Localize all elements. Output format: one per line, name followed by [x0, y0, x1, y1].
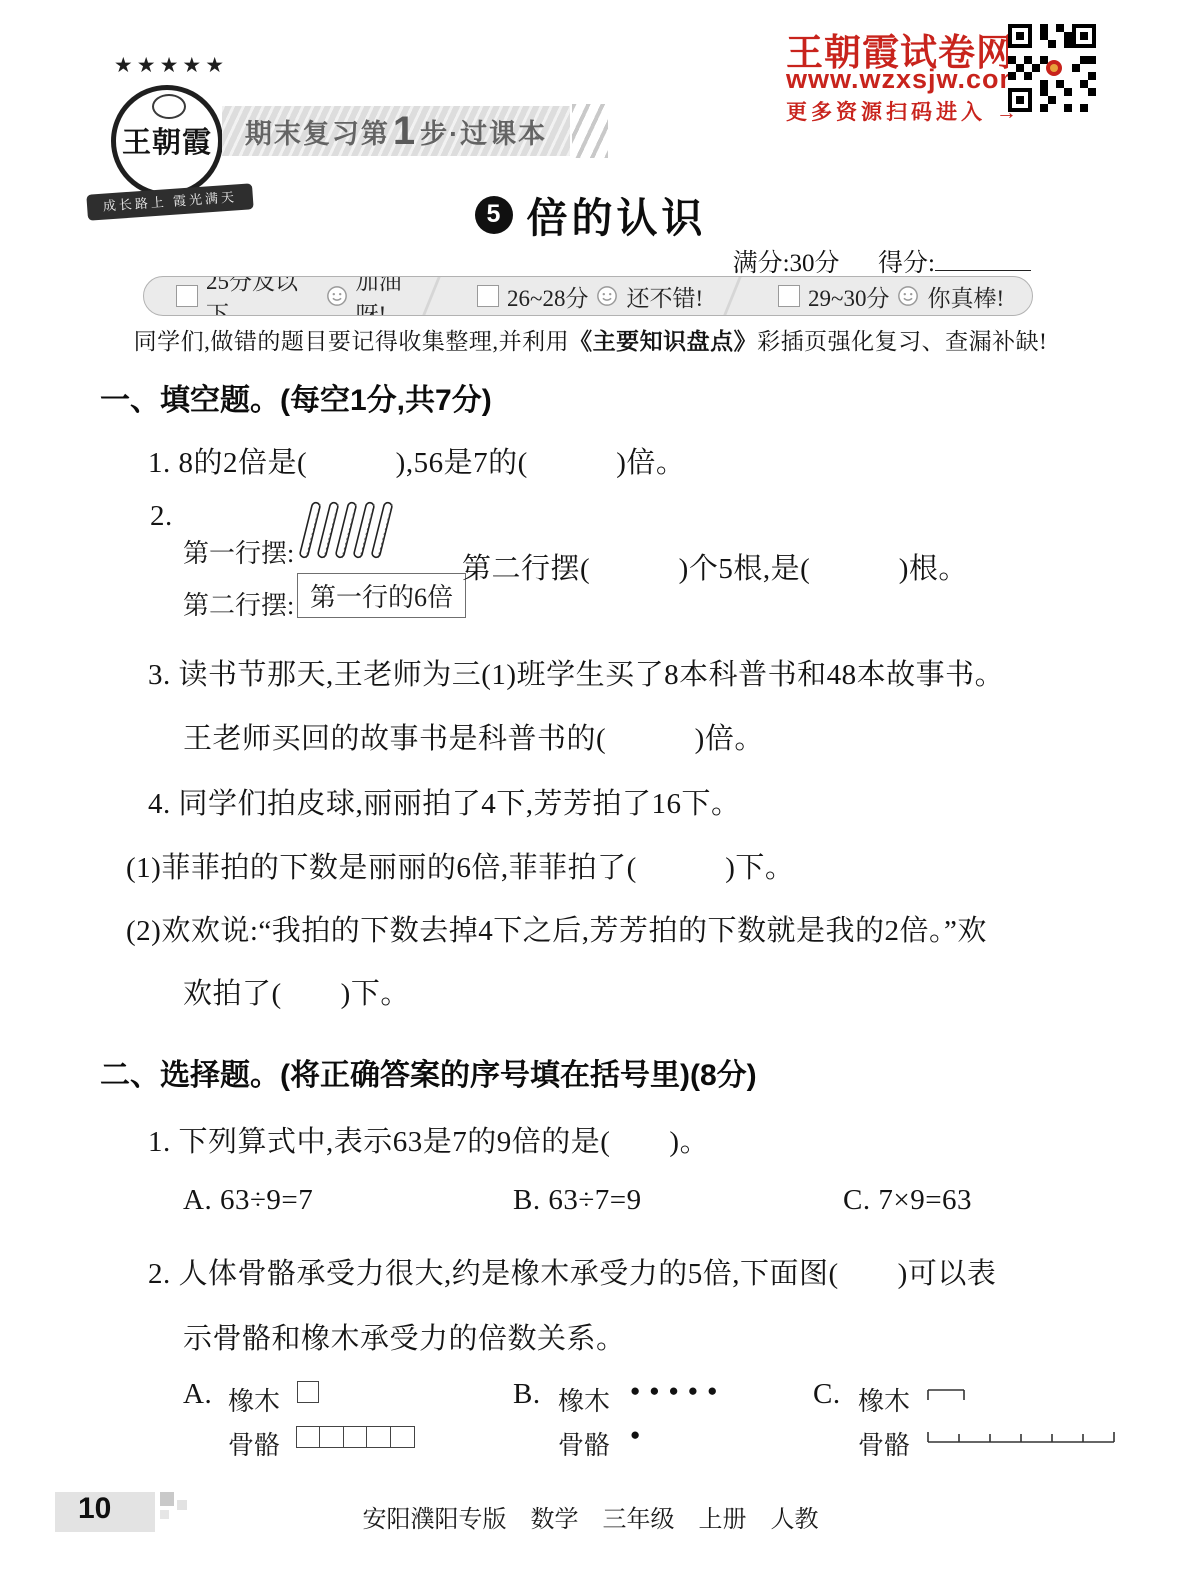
smiley-icon [897, 285, 919, 307]
exam-page: ★★★★★ 王朝霞 成长路上 霞光满天 期末复习第1步·过课本 王朝霞试卷网 w… [0, 0, 1181, 1582]
s1-question4-sub1: (1)菲菲拍的下数是丽丽的6倍,菲菲拍了( )下。 [126, 845, 794, 886]
s1-q2-row1-label: 第一行摆: [183, 533, 294, 570]
option-b-bone-label: 骨骼 [558, 1425, 610, 1462]
s2-question2-line2: 示骨骼和橡木承受力的倍数关系。 [183, 1316, 626, 1357]
checkbox-high[interactable] [778, 285, 800, 307]
one-dot-icon: ● [630, 1425, 640, 1445]
comment-label: 还不错! [626, 280, 703, 313]
banner-slashes-decoration [572, 104, 608, 158]
score-line: 满分:30分 得分: [733, 243, 1031, 279]
comment-label: 你真棒! [927, 280, 1004, 313]
range-label: 29~30分 [808, 280, 889, 313]
one-square-icon [297, 1381, 319, 1403]
s2-q1-option-a: A. 63÷9=7 [183, 1184, 313, 1217]
qr-code-icon [1008, 24, 1096, 112]
range-label: 25分及以下 [206, 276, 318, 316]
s2-q2-option-b-label: B. [513, 1378, 541, 1411]
section2-heading: 二、选择题。(将正确答案的序号填在括号里)(8分) [100, 1050, 757, 1094]
notice-book-title: 《主要知识盘点》 [569, 329, 757, 354]
option-a-oak-label: 橡木 [228, 1381, 280, 1418]
s1-question4-sub2-line2: 欢拍了( )下。 [183, 971, 410, 1012]
five-sticks-figure [296, 496, 402, 566]
logo-brand-text: 王朝霞 [116, 120, 218, 161]
edition-info: 安阳濮阳专版 数学 三年级 上册 人教 [0, 1499, 1181, 1534]
comment-label: 加油呀! [356, 276, 430, 316]
option-a-bone-label: 骨骼 [228, 1425, 280, 1462]
range-label: 26~28分 [507, 280, 588, 313]
got-score-label: 得分: [878, 250, 935, 277]
smiley-icon [596, 285, 618, 307]
title-number-badge: 5 [475, 196, 513, 234]
score-range-bar: 25分及以下 加油呀! 26~28分 还不错! 29~30分 你真棒! [143, 276, 1033, 316]
full-score-label: 满分:30分 [733, 250, 840, 277]
banner-text-post: 步·过课本 [420, 112, 547, 151]
five-squares-row-icon [297, 1426, 415, 1448]
banner-text-pre: 期末复习第 [245, 112, 390, 151]
long-segment-with-ticks-icon [926, 1424, 1116, 1450]
s2-q2-option-c-label: C. [813, 1378, 841, 1411]
s1-question4-sub2-line1: (2)欢欢说:“我拍的下数去掉4下之后,芳芳拍的下数就是我的2倍。”欢 [126, 908, 987, 949]
s1-question4: 4. 同学们拍皮球,丽丽拍了4下,芳芳拍了16下。 [148, 781, 741, 822]
short-segment-icon [926, 1384, 966, 1406]
smiley-icon [326, 285, 348, 307]
portrait-icon [152, 94, 186, 119]
checkbox-low[interactable] [176, 285, 198, 307]
banner-step-number: 1 [393, 111, 417, 151]
five-dots-icon: ●●●●● [630, 1381, 726, 1401]
checkbox-mid[interactable] [477, 285, 499, 307]
s2-question1: 1. 下列算式中,表示63是7的9倍的是( )。 [148, 1119, 709, 1160]
notice-post: 彩插页强化复习、查漏补缺! [757, 329, 1047, 354]
page-title: 倍的认识 [527, 185, 707, 244]
s1-question1: 1. 8的2倍是( ),56是7的( )倍。 [148, 440, 685, 481]
s2-q1-option-c: C. 7×9=63 [843, 1184, 972, 1217]
option-c-bone-label: 骨骼 [858, 1425, 910, 1462]
s1-q2-answer-box: 第一行的6倍 [297, 573, 466, 618]
s1-question2-number: 2. [150, 500, 173, 533]
logo-circle: 王朝霞 [111, 85, 223, 197]
score-segment-high: 29~30分 你真棒! [746, 280, 1032, 313]
paper-title-row: 5 倍的认识 [0, 185, 1181, 244]
teacher-notice: 同学们,做错的题目要记得收集整理,并利用《主要知识盘点》彩插页强化复习、查漏补缺… [0, 323, 1181, 356]
s1-question3-line2: 王老师买回的故事书是科普书的( )倍。 [183, 716, 764, 757]
notice-pre: 同学们,做错的题目要记得收集整理,并利用 [134, 329, 570, 354]
s2-q2-option-a-label: A. [183, 1378, 212, 1411]
option-c-oak-label: 橡木 [858, 1381, 910, 1418]
s2-q1-option-b: B. 63÷7=9 [513, 1184, 642, 1217]
s2-question2-line1: 2. 人体骨骼承受力很大,约是橡木承受力的5倍,下面图( )可以表 [148, 1251, 996, 1292]
option-b-oak-label: 橡木 [558, 1381, 610, 1418]
s1-question3-line1: 3. 读书节那天,王老师为三(1)班学生买了8本科普书和48本故事书。 [148, 652, 1004, 693]
score-blank-line [935, 250, 1031, 271]
score-segment-low: 25分及以下 加油呀! [144, 276, 430, 316]
site-tagline: 更多资源扫码进入 → [786, 96, 1021, 126]
s1-q2-right-text: 第二行摆( )个5根,是( )根。 [462, 546, 968, 587]
section1-heading: 一、填空题。(每空1分,共7分) [100, 375, 492, 419]
site-url: www.wzxsjw.com [786, 64, 1025, 95]
stars-icon: ★★★★★ [101, 53, 241, 78]
review-step-banner: 期末复习第1步·过课本 [222, 106, 570, 156]
score-segment-mid: 26~28分 还不错! [445, 280, 731, 313]
s1-q2-row2-label: 第二行摆: [183, 585, 294, 622]
